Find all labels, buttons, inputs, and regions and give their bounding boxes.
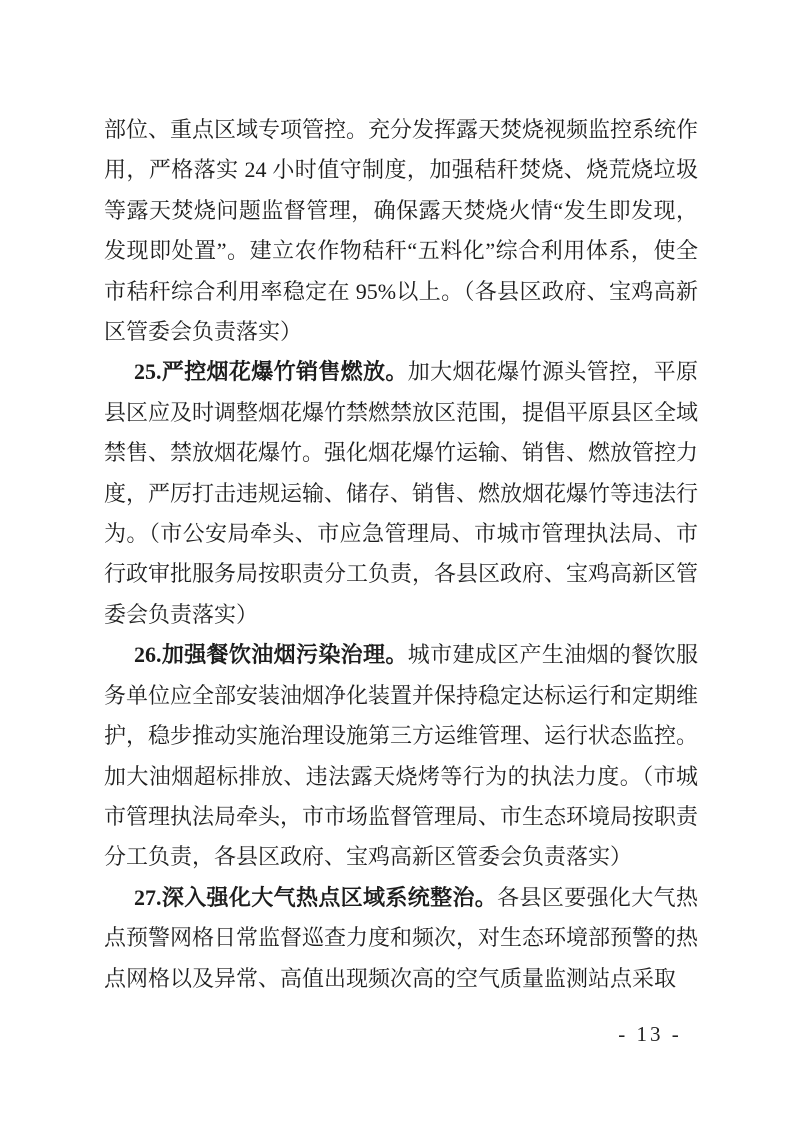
paragraph-text: 城市建成区产生油烟的餐饮服务单位应全部安装油烟净化装置并保持稳定达标运行和定期维… [104,642,698,869]
paragraph-heading: 27.深入强化大气热点区域系统整治。 [134,885,497,910]
paragraph: 27.深入强化大气热点区域系统整治。各县区要强化大气热点预警网格日常监督巡查力度… [104,878,698,999]
paragraph: 部位、重点区域专项管控。充分发挥露天焚烧视频监控系统作用，严格落实 24 小时值… [104,110,698,352]
paragraph-heading: 25.严控烟花爆竹销售燃放。 [134,359,408,384]
paragraph-text: 加大烟花爆竹源头管控，平原县区应及时调整烟花爆竹禁燃禁放区范围，提倡平原县区全域… [104,359,698,626]
paragraph: 25.严控烟花爆竹销售燃放。加大烟花爆竹源头管控，平原县区应及时调整烟花爆竹禁燃… [104,352,698,635]
document-page: 部位、重点区域专项管控。充分发挥露天焚烧视频监控系统作用，严格落实 24 小时值… [0,0,800,1131]
document-body: 部位、重点区域专项管控。充分发挥露天焚烧视频监控系统作用，严格落实 24 小时值… [104,110,698,999]
paragraph: 26.加强餐饮油烟污染治理。城市建成区产生油烟的餐饮服务单位应全部安装油烟净化装… [104,635,698,877]
page-number: - 13 - [595,1022,705,1047]
paragraph-heading: 26.加强餐饮油烟污染治理。 [134,642,408,667]
paragraph-text: 部位、重点区域专项管控。充分发挥露天焚烧视频监控系统作用，严格落实 24 小时值… [104,117,698,344]
